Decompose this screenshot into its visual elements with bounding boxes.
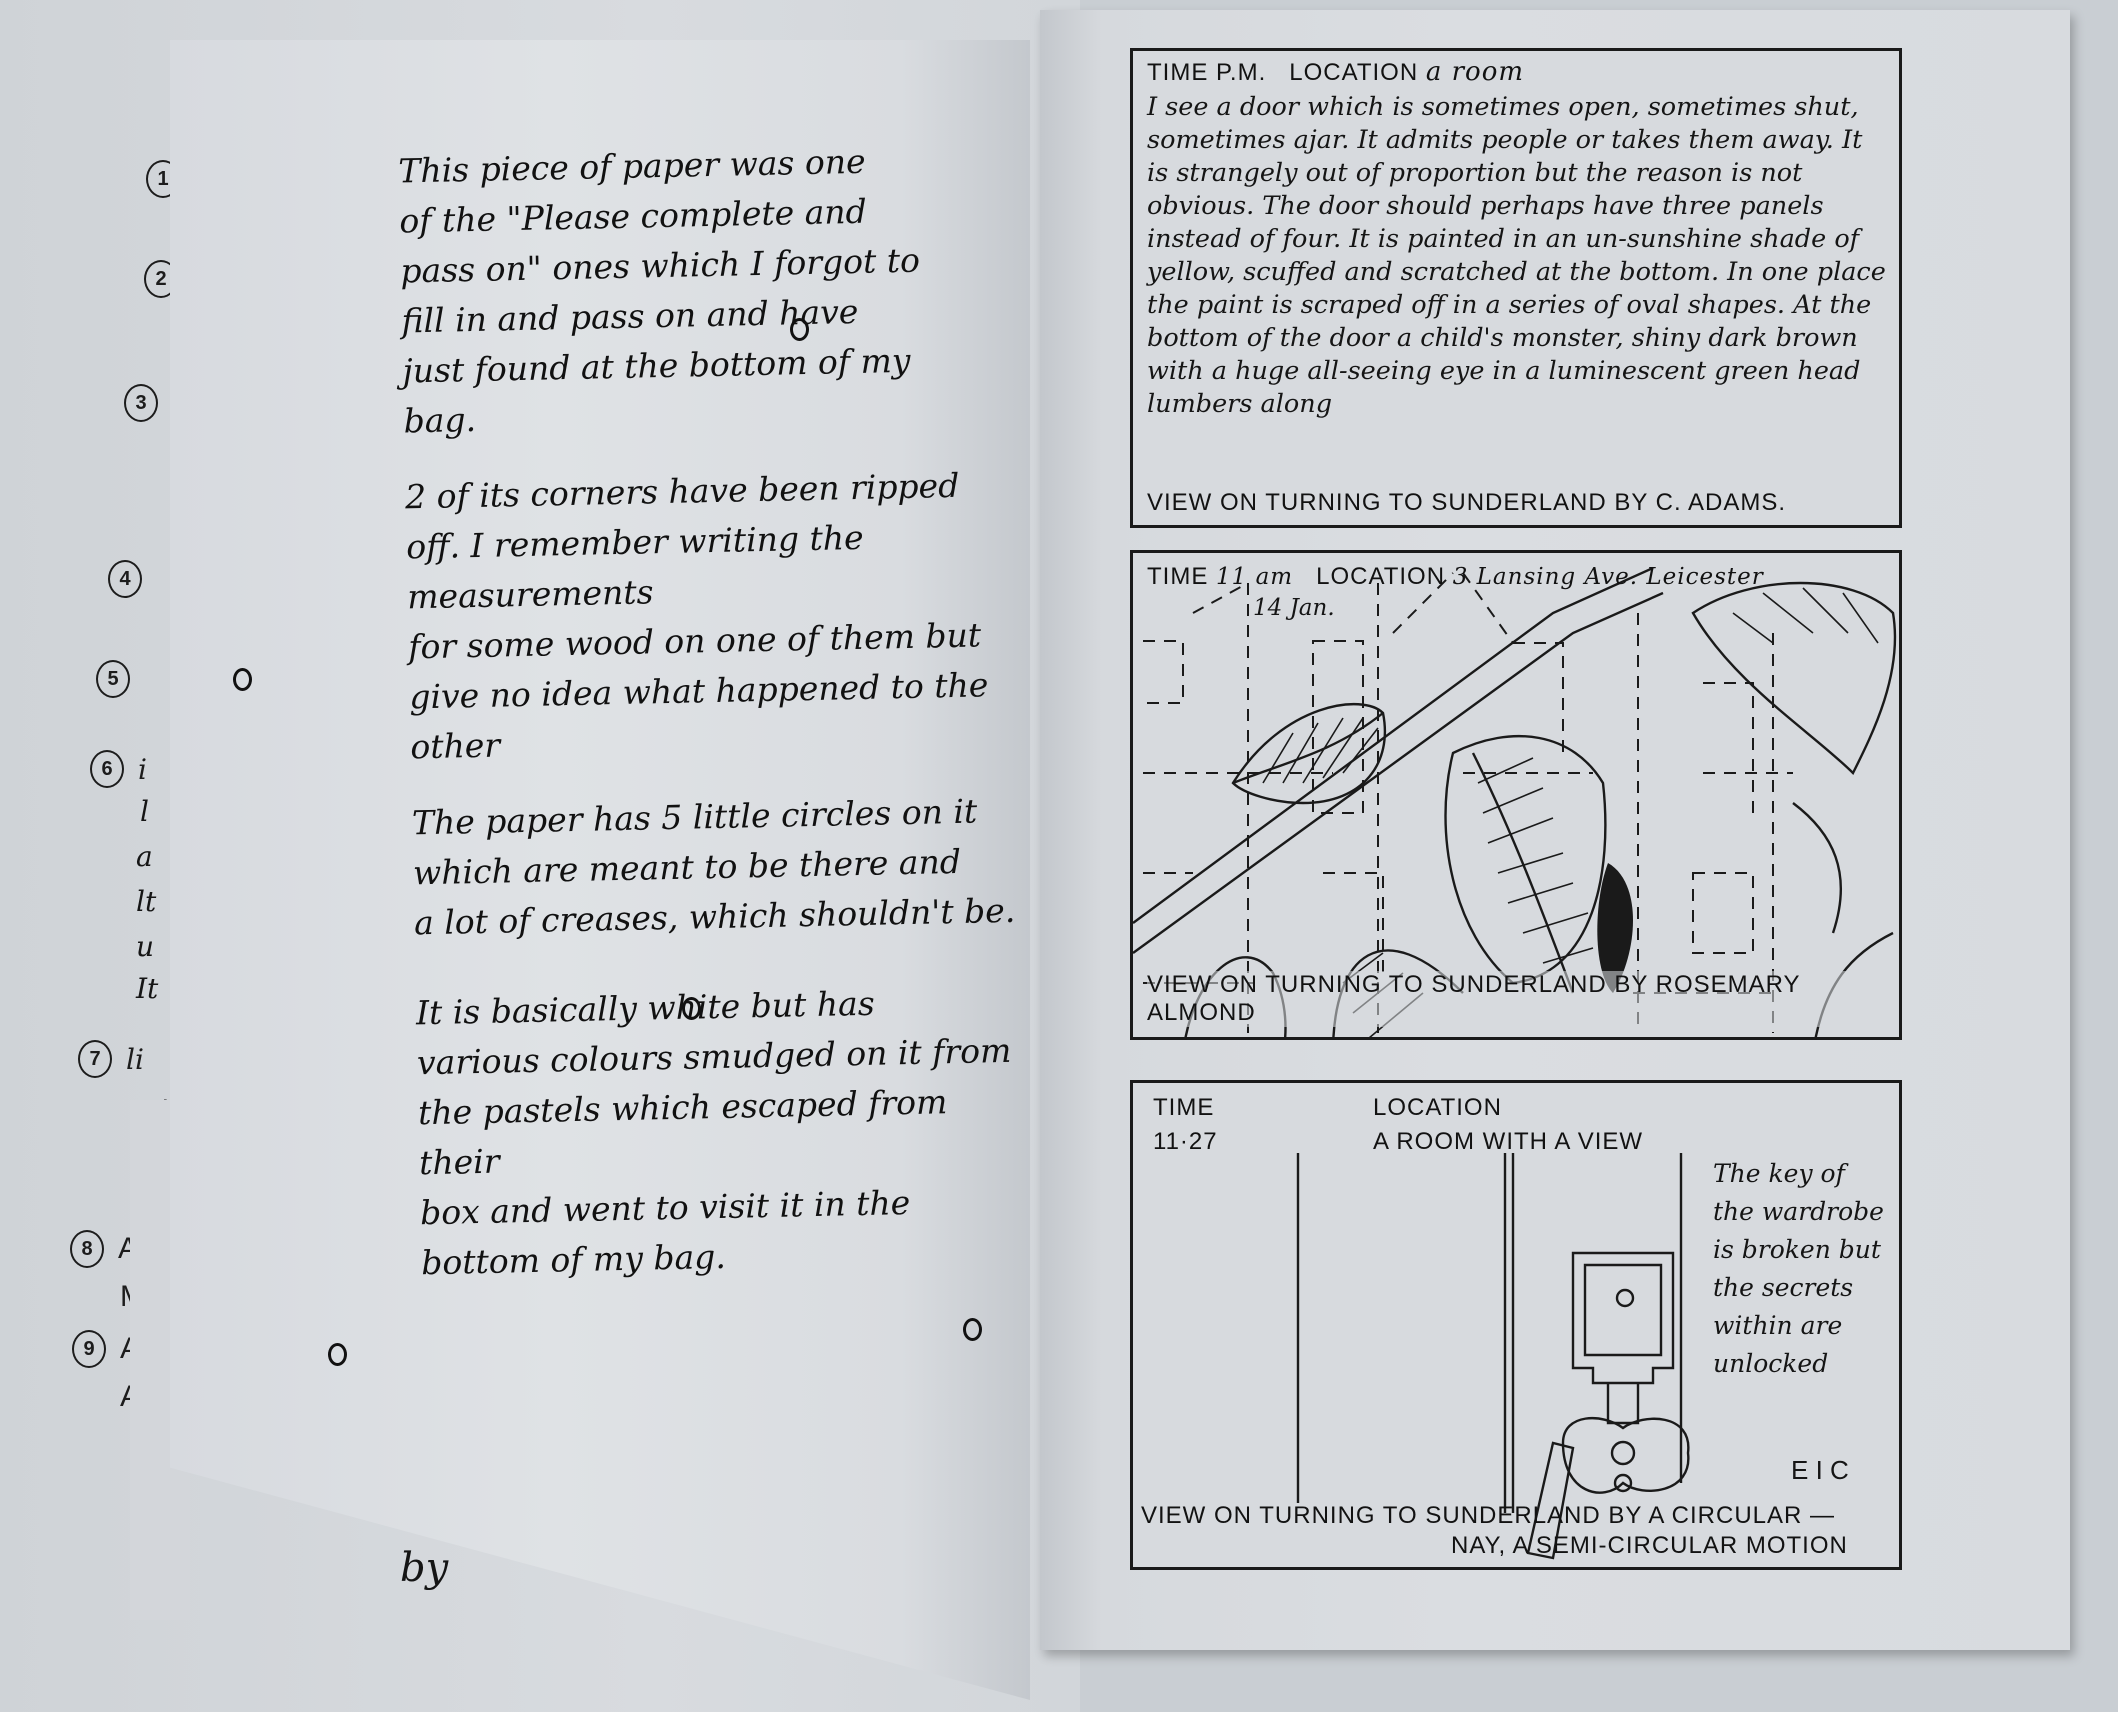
time-value: 11 am (1216, 564, 1293, 590)
paper-hole (233, 668, 252, 691)
panel-header: TIME 11 am LOCATION 3 Lansing Ave. Leice… (1147, 563, 1764, 591)
circled-number: 9 (72, 1330, 106, 1368)
handwritten-note: This piece of paper was oneof the "Pleas… (398, 134, 1032, 1315)
margin-fragment: lt (136, 885, 156, 918)
circled-number: 7 (78, 1040, 112, 1078)
margin-fragment: l (140, 795, 149, 828)
panel-footer: VIEW ON TURNING TO SUNDERLAND BY A CIRCU… (1141, 1501, 1848, 1561)
margin-item-6: 6i (90, 750, 147, 788)
paragraph-4: It is basically white but hasvarious col… (415, 976, 1031, 1289)
location-value: a room (1426, 57, 1524, 87)
signature-by: by (400, 1545, 448, 1591)
paper-hole (328, 1343, 347, 1366)
paper-hole (963, 1318, 982, 1341)
location-label: LOCATION (1316, 563, 1445, 590)
paper-hole (682, 997, 701, 1020)
margin-item-7: 7li (78, 1040, 144, 1078)
circled-number: 3 (124, 384, 158, 422)
time-value: P.M. (1216, 59, 1266, 86)
margin-item-8: 8A (70, 1230, 138, 1268)
location-value: A ROOM WITH A VIEW (1373, 1125, 1643, 1159)
margin-fragment: a (136, 840, 153, 873)
location-block: LOCATION A ROOM WITH A VIEW (1373, 1091, 1643, 1159)
margin-item-4: 4 (108, 560, 142, 598)
time-block: TIME 11·27 (1153, 1091, 1218, 1159)
margin-fragment: u (136, 930, 154, 963)
paper-hole (790, 318, 809, 341)
paragraph-2: 2 of its corners have been rippedoff. I … (405, 460, 1021, 773)
panel-footer: VIEW ON TURNING TO SUNDERLAND BY C. Adam… (1147, 489, 1786, 517)
time-label: TIME (1147, 563, 1208, 590)
paragraph-1: This piece of paper was oneof the "Pleas… (398, 134, 1014, 447)
time-value: 11·27 (1153, 1125, 1218, 1159)
date-value: 14 Jan. (1253, 595, 1335, 621)
panel-leaves: TIME 11 am LOCATION 3 Lansing Ave. Leice… (1130, 550, 1902, 1040)
time-label: TIME (1153, 1091, 1218, 1125)
circled-number: 5 (96, 660, 130, 698)
panel-header: TIME P.M. LOCATION a room (1147, 57, 1524, 87)
location-label: LOCATION (1373, 1091, 1643, 1125)
panel-room-with-a-view: TIME 11·27 LOCATION A ROOM WITH A VIEW T… (1130, 1080, 1902, 1570)
location-label: LOCATION (1289, 59, 1418, 86)
circled-number: 6 (90, 750, 124, 788)
location-value: 3 Lansing Ave. Leicester (1453, 564, 1764, 590)
margin-item-5: 5 (96, 660, 130, 698)
paragraph-3: The paper has 5 little circles on itwhic… (411, 786, 1024, 949)
circled-number: 8 (70, 1230, 104, 1268)
panel-footer: VIEW ON TURNING TO SUNDERLAND BY Rosemar… (1147, 971, 1899, 1027)
panel-a-room: TIME P.M. LOCATION a room I see a door w… (1130, 48, 1902, 528)
panel-body-text: I see a door which is sometimes open, so… (1147, 91, 1887, 421)
time-label: TIME (1147, 59, 1208, 86)
circled-number: 4 (108, 560, 142, 598)
margin-item-3: 3 (124, 384, 158, 422)
artist-initials: E I C (1791, 1455, 1849, 1486)
margin-fragment: It (136, 972, 158, 1005)
leaves-illustration (1133, 553, 1902, 1040)
panel-note: The key of the wardrobe is broken but th… (1713, 1155, 1893, 1383)
